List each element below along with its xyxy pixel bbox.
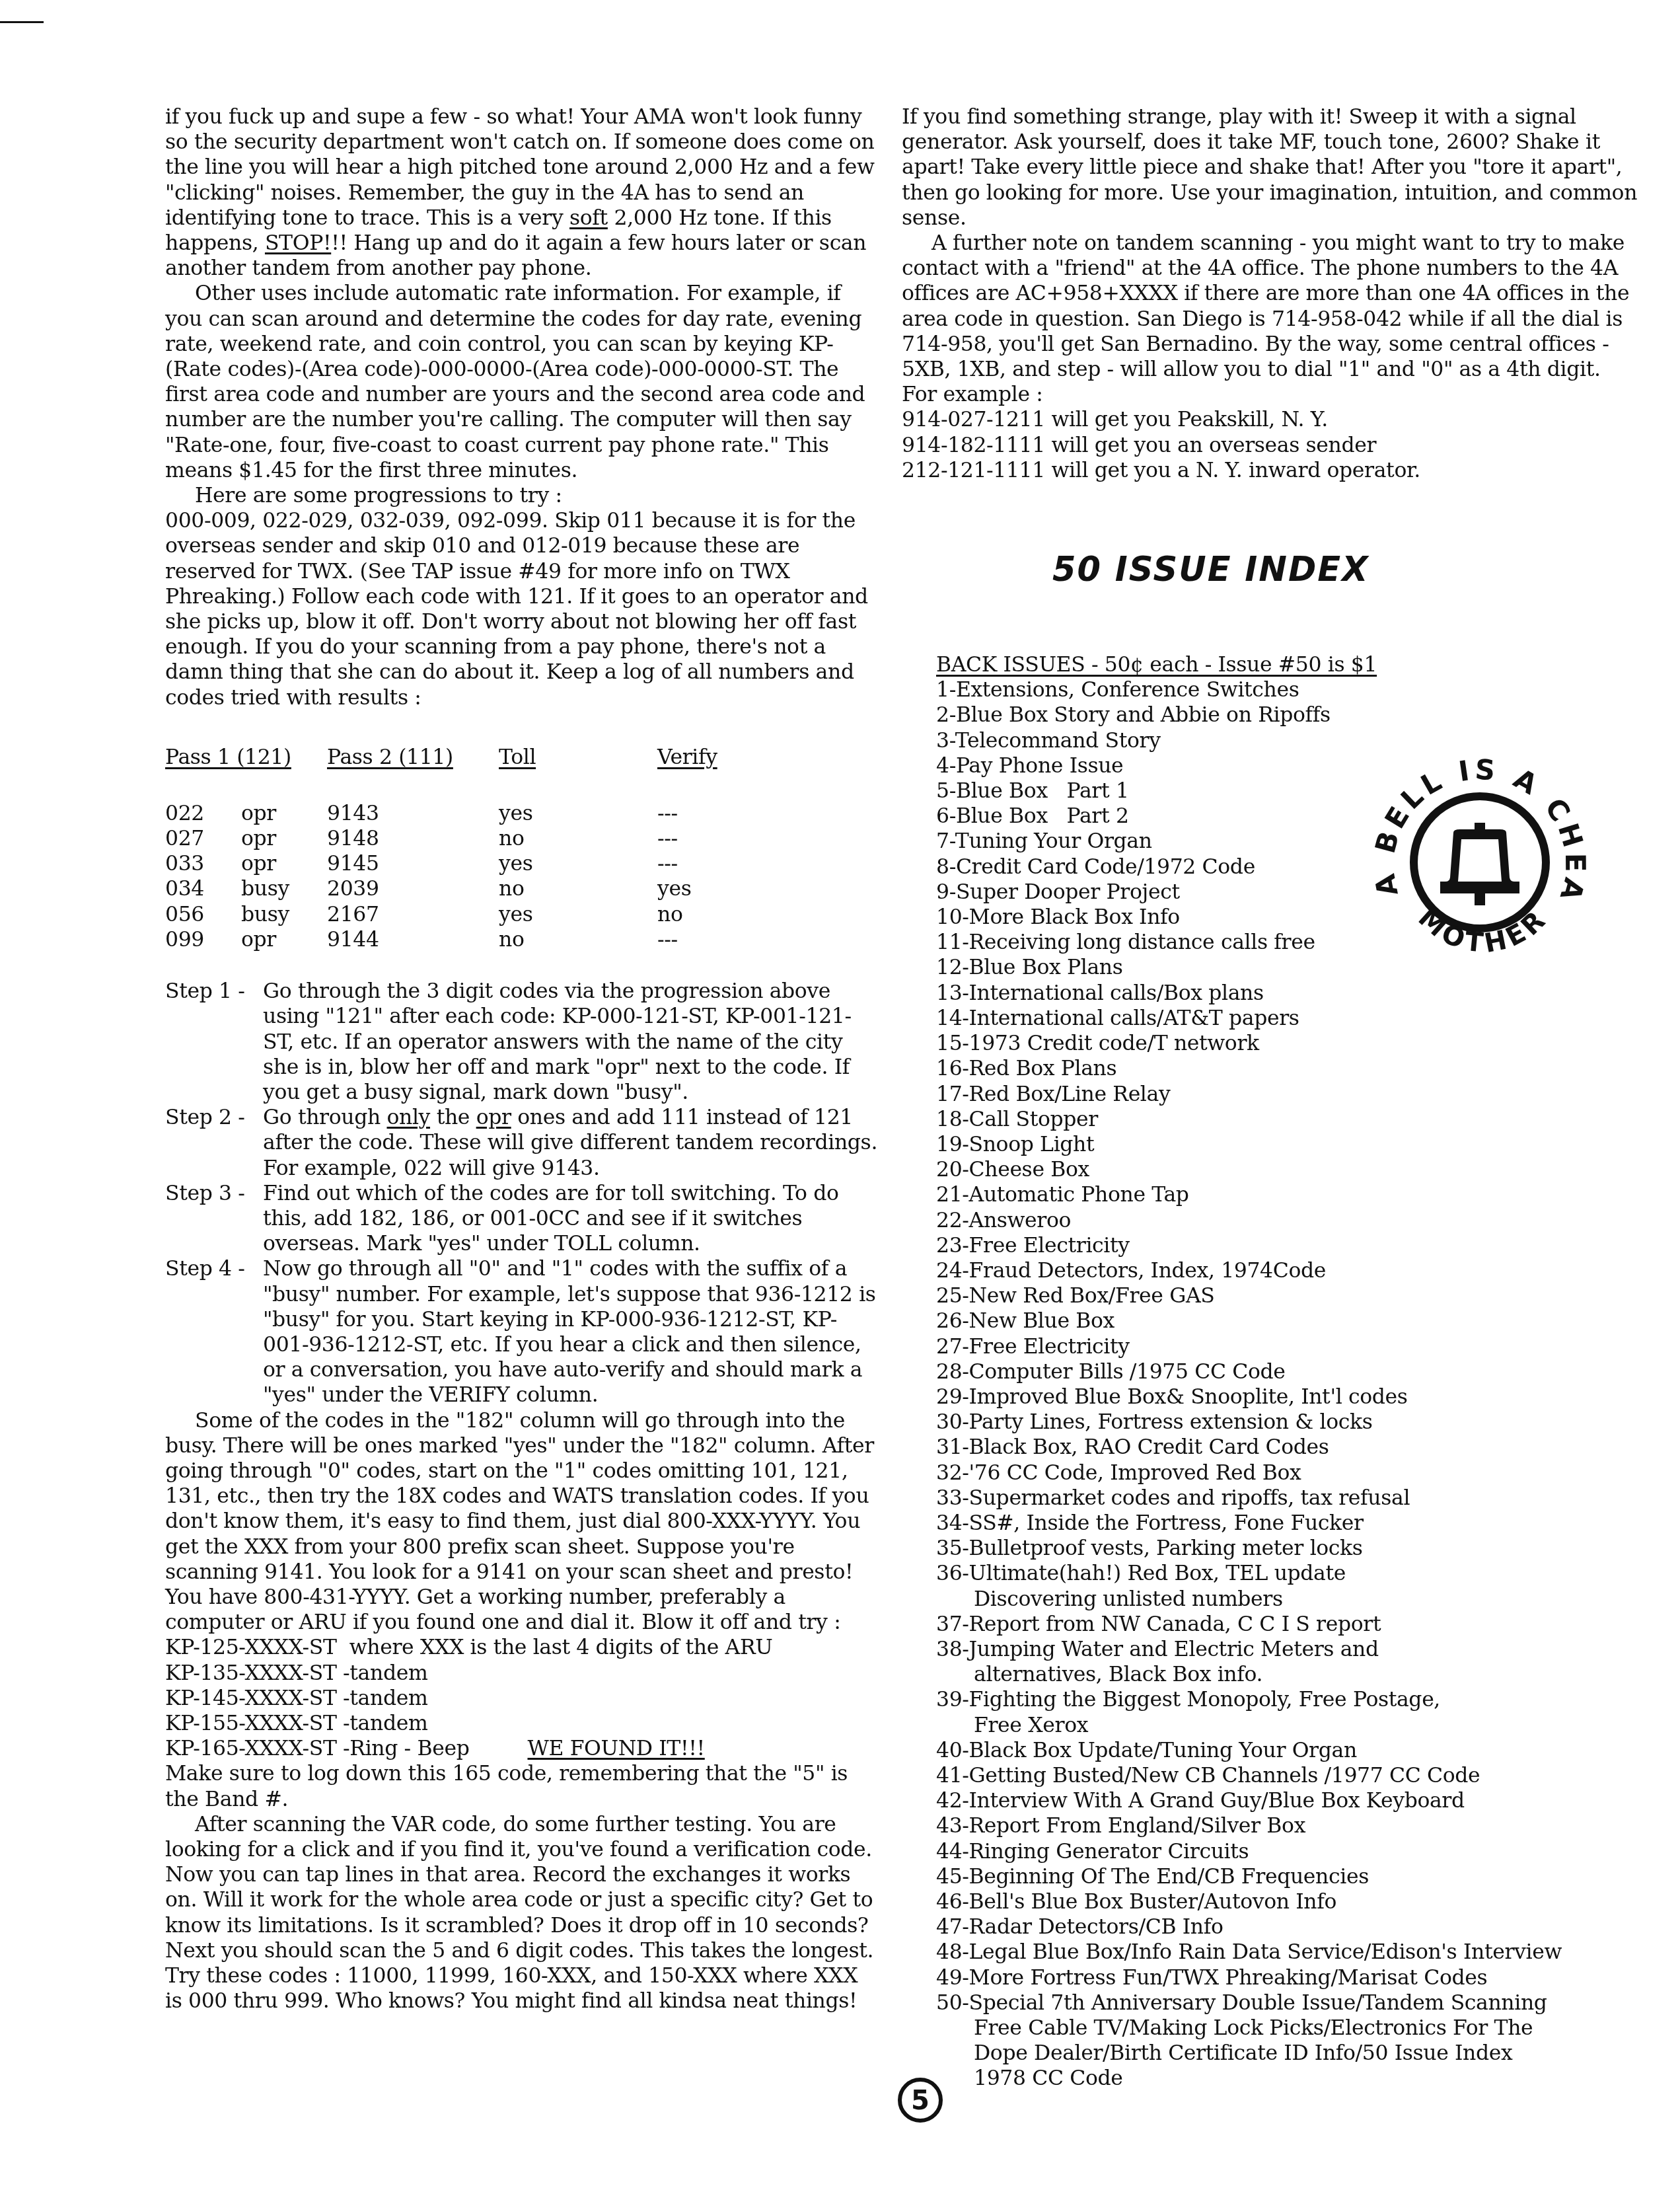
issue-title: Red Box Plans [969, 1057, 1117, 1080]
table-cell: 099 [165, 927, 241, 952]
table-cell: no [499, 826, 657, 851]
underlined-text: soft [569, 206, 608, 230]
issue-number: 4 [936, 754, 949, 778]
index-item: 20-Cheese Box [936, 1157, 1642, 1182]
ma-bell-logo: MA BELL IS A CHEAP MOTHER [1361, 740, 1599, 978]
separator: - [962, 1789, 968, 1813]
issue-number: 13 [936, 981, 962, 1005]
issue-title: Free Electricity [969, 1335, 1130, 1359]
issue-number: 18 [936, 1108, 962, 1131]
we-found-it-text: WE FOUND IT!!! [527, 1736, 704, 1761]
text: Go through [263, 1106, 381, 1129]
issue-title: Report from NW Canada, C C I S report [969, 1612, 1381, 1636]
separator: - [962, 981, 968, 1005]
issue-title: Legal Blue Box/Info Rain Data Service/Ed… [969, 1940, 1562, 1964]
issue-title-continued: Discovering unlisted numbers [936, 1587, 1642, 1612]
separator: - [962, 1940, 968, 1964]
issue-title: New Blue Box [969, 1309, 1114, 1333]
issue-number: 3 [936, 729, 949, 753]
table-row: 056busy2167yesno [165, 902, 789, 927]
issue-number: 36 [936, 1562, 962, 1585]
step-label: Step 3 - [165, 1181, 263, 1257]
step-text: Go through only the opr ones and add 111… [263, 1105, 879, 1181]
issue-number: 14 [936, 1006, 962, 1030]
issue-title: Party Lines, Fortress extension & locks [969, 1410, 1373, 1434]
index-item: 15-1973 Credit code/T network [936, 1031, 1642, 1056]
issue-title: Pay Phone Issue [956, 754, 1123, 778]
issue-number: 35 [936, 1536, 962, 1560]
right-column: If you find something strange, play with… [902, 104, 1642, 2092]
separator: - [962, 1435, 968, 1459]
step-label: Step 1 - [165, 979, 263, 1105]
index-item: 40-Black Box Update/Tuning Your Organ [936, 1738, 1642, 1763]
separator: - [962, 1284, 968, 1308]
separator: - [962, 1082, 968, 1106]
index-item: 44-Ringing Generator Circuits [936, 1839, 1642, 1864]
issue-number: 19 [936, 1133, 962, 1156]
table-cell: no [499, 876, 657, 901]
separator: - [949, 855, 956, 879]
issue-title: New Red Box/Free GAS [969, 1284, 1215, 1308]
issue-number: 37 [936, 1612, 962, 1636]
step-1: Step 1 - Go through the 3 digit codes vi… [165, 979, 879, 1105]
step-text: Now go through all "0" and "1" codes wit… [263, 1256, 879, 1408]
separator: - [962, 1612, 968, 1636]
issue-title: International calls/AT&T papers [969, 1006, 1299, 1030]
table-cell: 9144 [327, 927, 499, 952]
issue-title: Blue Box Story and Abbie on Ripoffs [956, 703, 1331, 727]
paragraph: if you fuck up and supe a few - so what!… [165, 104, 879, 281]
separator: - [962, 1309, 968, 1333]
separator: - [962, 1865, 968, 1889]
index-item: 50-Special 7th Anniversary Double Issue/… [936, 1990, 1642, 2092]
underlined-text: STOP! [265, 231, 331, 255]
issue-title: More Fortress Fun/TWX Phreaking/Marisat … [969, 1966, 1488, 1990]
issue-number: 8 [936, 855, 949, 879]
table-cell: 056 [165, 902, 241, 927]
issue-number: 49 [936, 1966, 962, 1990]
index-item: 41-Getting Busted/New CB Channels /1977 … [936, 1763, 1642, 1788]
issue-number: 44 [936, 1840, 962, 1864]
issue-title: Bell's Blue Box Buster/Autovon Info [969, 1890, 1336, 1914]
index-item: 48-Legal Blue Box/Info Rain Data Service… [936, 1940, 1642, 1965]
issue-title: Fraud Detectors, Index, 1974Code [969, 1259, 1326, 1283]
table-cell: yes [499, 902, 657, 927]
issue-number: 38 [936, 1638, 962, 1661]
separator: - [962, 1461, 968, 1485]
index-item: 26-New Blue Box [936, 1308, 1642, 1334]
separator: - [962, 1890, 968, 1914]
issue-number: 17 [936, 1082, 962, 1106]
page-number: 5 [911, 2086, 930, 2116]
back-issues-price-line: BACK ISSUES - 50¢ each - Issue #50 is $1 [936, 652, 1377, 677]
index-item: 32-'76 CC Code, Improved Red Box [936, 1460, 1642, 1486]
issue-number: 39 [936, 1688, 962, 1712]
issue-number: 30 [936, 1410, 962, 1434]
issue-number: 42 [936, 1789, 962, 1813]
underlined-text: only [386, 1106, 430, 1129]
table-row: 033opr9145yes--- [165, 851, 789, 876]
separator: - [962, 1209, 968, 1232]
table-cell: busy [241, 902, 327, 927]
issue-title: Black Box, RAO Credit Card Codes [969, 1435, 1329, 1459]
separator: - [962, 1511, 968, 1535]
issue-title: Automatic Phone Tap [969, 1183, 1189, 1207]
index-item: 13-International calls/Box plans [936, 981, 1642, 1006]
index-item: 22-Answeroo [936, 1208, 1642, 1233]
table-cell: yes [499, 801, 657, 826]
issue-title: Free Electricity [969, 1234, 1130, 1258]
issue-number: 27 [936, 1335, 962, 1359]
separator: - [962, 1764, 968, 1788]
table-cell: 027 [165, 826, 241, 851]
issue-number: 12 [936, 956, 962, 979]
separator: - [949, 804, 956, 828]
text: KP-165-XXXX-ST -Ring - Beep [165, 1736, 469, 1761]
table-cell: --- [657, 927, 789, 952]
corner-rule [0, 21, 44, 23]
index-item: 47-Radar Detectors/CB Info [936, 1914, 1642, 1940]
issue-number: 15 [936, 1032, 962, 1055]
index-item: 16-Red Box Plans [936, 1056, 1642, 1081]
issue-title: Ultimate(hah!) Red Box, TEL update [969, 1562, 1346, 1585]
issue-title-continued: 1978 CC Code [936, 2066, 1642, 2091]
left-column: if you fuck up and supe a few - so what!… [165, 104, 879, 2014]
table-cell: no [657, 902, 789, 927]
issue-title: Blue Box Plans [969, 956, 1123, 979]
issue-title: SS#, Inside the Fortress, Fone Fucker [969, 1511, 1364, 1535]
bell-icon [1440, 823, 1519, 905]
issue-number: 20 [936, 1158, 962, 1182]
step-label: Step 4 - [165, 1256, 263, 1408]
table-cell: yes [499, 851, 657, 876]
index-item: 29-Improved Blue Box& Snooplite, Int'l c… [936, 1384, 1642, 1410]
issue-title-continued: Free Cable TV/Making Lock Picks/Electron… [936, 2016, 1642, 2041]
issue-title: Receiving long distance calls free [969, 930, 1315, 954]
issue-title: Telecommand Story [955, 729, 1161, 753]
paragraph: A further note on tandem scanning - you … [902, 231, 1642, 407]
index-item: 2-Blue Box Story and Abbie on Ripoffs [936, 702, 1642, 728]
index-item: 39-Fighting the Biggest Monopoly, Free P… [936, 1687, 1642, 1737]
issue-title: Supermarket codes and ripoffs, tax refus… [969, 1486, 1410, 1510]
table-cell: 033 [165, 851, 241, 876]
separator: - [962, 1486, 968, 1510]
index-item: 25-New Red Box/Free GAS [936, 1283, 1642, 1308]
example-line: 212-121-1111 will get you a N. Y. inward… [902, 458, 1642, 483]
paragraph: Some of the codes in the "182" column wi… [165, 1408, 879, 1636]
separator: - [962, 1562, 968, 1585]
separator: - [949, 829, 955, 853]
text: the [437, 1106, 470, 1129]
issue-number: 31 [936, 1435, 962, 1459]
separator: - [962, 1385, 968, 1409]
index-item: 14-International calls/AT&T papers [936, 1006, 1642, 1031]
step-4: Step 4 - Now go through all "0" and "1" … [165, 1256, 879, 1408]
separator: - [962, 1410, 968, 1434]
index-item: 18-Call Stopper [936, 1107, 1642, 1132]
issue-title: Call Stopper [969, 1108, 1098, 1131]
issue-title: Credit Card Code/1972 Code [956, 855, 1255, 879]
separator: - [962, 1536, 968, 1560]
separator: - [962, 1638, 968, 1661]
separator: - [962, 1259, 968, 1283]
separator: - [949, 880, 956, 904]
separator: - [962, 1108, 968, 1131]
index-item: 38-Jumping Water and Electric Meters and… [936, 1637, 1642, 1687]
index-item: 17-Red Box/Line Relay [936, 1082, 1642, 1107]
logo-bottom-text: MOTHER [1412, 903, 1554, 959]
table-cell: 9148 [327, 826, 499, 851]
separator: - [949, 703, 956, 727]
step-label: Step 2 - [165, 1105, 263, 1181]
table-row: 099opr9144no--- [165, 927, 789, 952]
issue-number: 11 [936, 930, 962, 954]
issue-title: Answeroo [969, 1209, 1072, 1232]
separator: - [962, 1158, 968, 1182]
issue-title-continued: Dope Dealer/Birth Certificate ID Info/50… [936, 2041, 1642, 2066]
paragraph: After scanning the VAR code, do some fur… [165, 1812, 879, 2014]
table-row: 034busy2039noyes [165, 876, 789, 901]
issue-title: Super Dooper Project [956, 880, 1180, 904]
issue-title: '76 CC Code, Improved Red Box [969, 1461, 1301, 1485]
table-row: 027opr9148no--- [165, 826, 789, 851]
issue-number: 40 [936, 1739, 962, 1762]
separator: - [962, 1915, 968, 1939]
page-number-badge: 5 [896, 2076, 944, 2124]
issue-number: 32 [936, 1461, 962, 1485]
issue-number: 5 [936, 779, 949, 803]
issue-title: Computer Bills /1975 CC Code [969, 1360, 1286, 1384]
issue-title: More Black Box Info [969, 905, 1180, 929]
issue-number: 26 [936, 1309, 962, 1333]
separator: - [962, 1840, 968, 1864]
example-line: 914-182-1111 will get you an overseas se… [902, 433, 1642, 458]
scan-log-table: Pass 1 (121) Pass 2 (111) Toll Verify 02… [165, 745, 789, 952]
issue-title: Black Box Update/Tuning Your Organ [969, 1739, 1357, 1762]
issue-title: Tuning Your Organ [955, 829, 1152, 853]
index-item: 46-Bell's Blue Box Buster/Autovon Info [936, 1889, 1642, 1914]
step-2: Step 2 - Go through only the opr ones an… [165, 1105, 879, 1181]
separator: - [962, 1966, 968, 1990]
index-item: 31-Black Box, RAO Credit Card Codes [936, 1435, 1642, 1460]
separator: - [962, 1183, 968, 1207]
index-item: 33-Supermarket codes and ripoffs, tax re… [936, 1486, 1642, 1511]
issue-number: 21 [936, 1183, 962, 1207]
separator: - [962, 1057, 968, 1080]
issue-number: 6 [936, 804, 949, 828]
issue-number: 41 [936, 1764, 962, 1788]
index-item: 30-Party Lines, Fortress extension & loc… [936, 1410, 1642, 1435]
index-item: 35-Bulletproof vests, Parking meter lock… [936, 1536, 1642, 1561]
index-heading: 50 ISSUE INDEX [1052, 544, 1642, 597]
index-item: 36-Ultimate(hah!) Red Box, TEL updateDis… [936, 1561, 1642, 1611]
issue-title: 1973 Credit code/T network [969, 1032, 1259, 1055]
step-text: Go through the 3 digit codes via the pro… [263, 979, 879, 1105]
issue-number: 1 [936, 678, 949, 702]
separator: - [962, 1991, 968, 2015]
kp-line-found: KP-165-XXXX-ST -Ring - BeepWE FOUND IT!!… [165, 1736, 879, 1761]
separator: - [962, 1688, 968, 1712]
issue-number: 46 [936, 1890, 962, 1914]
issue-title: Cheese Box [969, 1158, 1089, 1182]
issue-title: Jumping Water and Electric Meters and [969, 1638, 1379, 1661]
index-item: 42-Interview With A Grand Guy/Blue Box K… [936, 1788, 1642, 1813]
issue-title: Improved Blue Box& Snooplite, Int'l code… [969, 1385, 1408, 1409]
index-item: 28-Computer Bills /1975 CC Code [936, 1359, 1642, 1384]
paragraph: Here are some progressions to try : [165, 483, 879, 508]
table-cell: 9143 [327, 801, 499, 826]
issue-number: 9 [936, 880, 949, 904]
svg-text:MOTHER: MOTHER [1412, 903, 1554, 959]
column-header: Pass 2 (111) [327, 745, 499, 776]
issue-number: 23 [936, 1234, 962, 1258]
issue-number: 43 [936, 1814, 962, 1838]
table-cell: opr [241, 826, 327, 851]
separator: - [962, 1360, 968, 1384]
separator: - [949, 729, 955, 753]
issue-number: 47 [936, 1915, 962, 1939]
issue-title: Red Box/Line Relay [969, 1082, 1171, 1106]
issue-title: Snoop Light [969, 1133, 1095, 1156]
column-header: Verify [657, 745, 789, 776]
table-cell: opr [241, 801, 327, 826]
index-item: 34-SS#, Inside the Fortress, Fone Fucker [936, 1511, 1642, 1536]
issue-title: Beginning Of The End/CB Frequencies [969, 1865, 1369, 1889]
table-cell: 9145 [327, 851, 499, 876]
index-item: 37-Report from NW Canada, C C I S report [936, 1612, 1642, 1637]
table-cell: 2167 [327, 902, 499, 927]
issue-number: 2 [936, 703, 949, 727]
issue-number: 24 [936, 1259, 962, 1283]
issue-number: 45 [936, 1865, 962, 1889]
issue-title: Blue Box Part 1 [956, 779, 1129, 803]
issue-title: Fighting the Biggest Monopoly, Free Post… [969, 1688, 1440, 1712]
table-cell: busy [241, 876, 327, 901]
table-row: 022opr9143yes--- [165, 801, 789, 826]
issue-number: 10 [936, 905, 962, 929]
issue-number: 7 [936, 829, 949, 853]
step-3: Step 3 - Find out which of the codes are… [165, 1181, 879, 1257]
index-item: 23-Free Electricity [936, 1233, 1642, 1258]
paragraph: Make sure to log down this 165 code, rem… [165, 1761, 879, 1811]
step-text: Find out which of the codes are for toll… [263, 1181, 879, 1257]
table-cell: no [499, 927, 657, 952]
separator: - [962, 1006, 968, 1030]
separator: - [949, 779, 956, 803]
index-item: 19-Snoop Light [936, 1132, 1642, 1157]
separator: - [962, 905, 968, 929]
issue-number: 29 [936, 1385, 962, 1409]
table-cell: 022 [165, 801, 241, 826]
issue-number: 34 [936, 1511, 962, 1535]
issue-title: International calls/Box plans [969, 981, 1264, 1005]
issue-title: Blue Box Part 2 [956, 804, 1129, 828]
paragraph: 000-009, 022-029, 032-039, 092-099. Skip… [165, 508, 879, 710]
table-cell: 2039 [327, 876, 499, 901]
issue-title: Extensions, Conference Switches [956, 678, 1299, 702]
steps-list: Step 1 - Go through the 3 digit codes vi… [165, 979, 879, 1408]
issue-number: 22 [936, 1209, 962, 1232]
paragraph: Other uses include automatic rate inform… [165, 281, 879, 483]
kp-line: KP-145-XXXX-ST -tandem [165, 1686, 879, 1711]
table-cell: --- [657, 851, 789, 876]
issue-number: 48 [936, 1940, 962, 1964]
issue-number: 33 [936, 1486, 962, 1510]
issue-title-continued: Free Xerox [936, 1713, 1642, 1738]
issue-title: Radar Detectors/CB Info [969, 1915, 1223, 1939]
kp-line: KP-125-XXXX-ST where XXX is the last 4 d… [165, 1635, 879, 1660]
kp-line: KP-135-XXXX-ST -tandem [165, 1661, 879, 1686]
issue-number: 28 [936, 1360, 962, 1384]
table-cell: --- [657, 826, 789, 851]
separator: - [962, 930, 968, 954]
paragraph: If you find something strange, play with… [902, 104, 1642, 231]
issue-number: 25 [936, 1284, 962, 1308]
kp-code-list: KP-125-XXXX-ST where XXX is the last 4 d… [165, 1635, 879, 1761]
index-item: 27-Free Electricity [936, 1334, 1642, 1359]
index-item: 1-Extensions, Conference Switches [936, 677, 1642, 702]
column-header: Pass 1 (121) [165, 745, 327, 776]
separator: - [962, 1234, 968, 1258]
issue-title-continued: alternatives, Black Box info. [936, 1662, 1642, 1687]
column-header: Toll [499, 745, 657, 776]
issue-number: 50 [936, 1991, 962, 2015]
table-header-row: Pass 1 (121) Pass 2 (111) Toll Verify [165, 745, 789, 776]
table-cell: opr [241, 851, 327, 876]
issue-number: 16 [936, 1057, 962, 1080]
issue-title: Bulletproof vests, Parking meter locks [969, 1536, 1363, 1560]
index-item: 43-Report From England/Silver Box [936, 1813, 1642, 1838]
index-item: 24-Fraud Detectors, Index, 1974Code [936, 1258, 1642, 1283]
separator: - [962, 1032, 968, 1055]
example-line: 914-027-1211 will get you Peakskill, N. … [902, 407, 1642, 432]
table-cell: yes [657, 876, 789, 901]
index-item: 21-Automatic Phone Tap [936, 1182, 1642, 1207]
separator: - [962, 1814, 968, 1838]
separator: - [949, 754, 956, 778]
index-item: 49-More Fortress Fun/TWX Phreaking/Maris… [936, 1965, 1642, 1990]
issue-title: Report From England/Silver Box [969, 1814, 1305, 1838]
separator: - [949, 678, 956, 702]
issue-title: Ringing Generator Circuits [969, 1840, 1249, 1864]
kp-line: KP-155-XXXX-ST -tandem [165, 1711, 879, 1736]
separator: - [962, 1739, 968, 1762]
table-cell: opr [241, 927, 327, 952]
separator: - [962, 1133, 968, 1156]
issue-title: Special 7th Anniversary Double Issue/Tan… [969, 1991, 1547, 2015]
table-cell: --- [657, 801, 789, 826]
underlined-text: opr [476, 1106, 511, 1129]
table-cell: 034 [165, 876, 241, 901]
issue-title: Getting Busted/New CB Channels /1977 CC … [969, 1764, 1480, 1788]
separator: - [962, 956, 968, 979]
issue-title: Interview With A Grand Guy/Blue Box Keyb… [969, 1789, 1465, 1813]
separator: - [962, 1335, 968, 1359]
index-item: 45-Beginning Of The End/CB Frequencies [936, 1864, 1642, 1889]
